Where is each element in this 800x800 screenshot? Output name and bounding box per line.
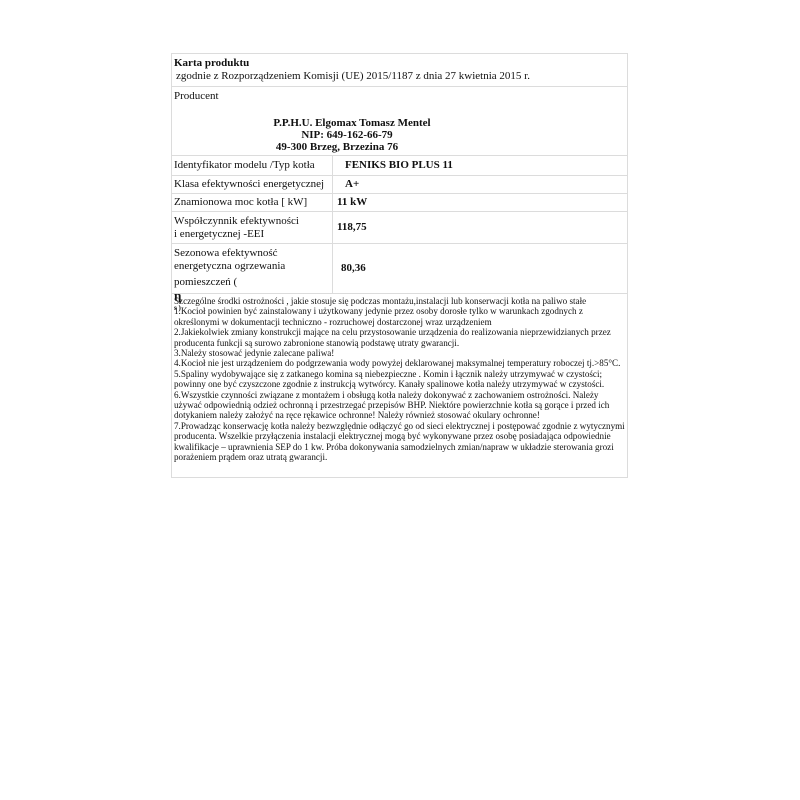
spec-row-eei: Współczynnik efektywności i energetyczne… bbox=[172, 212, 627, 244]
producer-section: Producent P.P.H.U. Elgomax Tomasz Mentel… bbox=[172, 87, 627, 156]
spec-row-seasonal-efficiency: Sezonowa efektywność energetyczna ogrzew… bbox=[172, 244, 627, 294]
product-card: Karta produktu zgodnie z Rozporządzeniem… bbox=[171, 53, 628, 478]
spec-label: Identyfikator modelu /Typ kotła bbox=[172, 156, 333, 175]
spec-value-model: FENIKS BIO PLUS 11 bbox=[333, 156, 627, 175]
spec-label-line: Współczynnik efektywności bbox=[174, 215, 299, 228]
spec-label-line: i energetycznej -EEI bbox=[174, 228, 299, 241]
safety-note-item: 3.Należy stosować jedynie zalecane paliw… bbox=[174, 348, 625, 358]
spec-label-line: energetyczna ogrzewania bbox=[174, 260, 285, 273]
card-subtitle: zgodnie z Rozporządzeniem Komisji (UE) 2… bbox=[174, 70, 625, 83]
producer-address: 49-300 Brzeg, Brzezina 76 bbox=[172, 141, 472, 153]
spec-label-text: pomieszczeń ( bbox=[174, 276, 285, 289]
card-title: Karta produktu bbox=[174, 57, 625, 70]
spec-row-rated-power: Znamionowa moc kotła [ kW] 11 kW bbox=[172, 194, 627, 212]
spec-value-seasonal-efficiency: 80,36 bbox=[333, 244, 627, 293]
spec-label: Sezonowa efektywność energetyczna ogrzew… bbox=[172, 244, 333, 293]
safety-note-item: 2.Jakiekolwiek zmiany konstrukcji mające… bbox=[174, 327, 625, 348]
spec-label: Znamionowa moc kotła [ kW] bbox=[172, 194, 333, 211]
spec-value-rated-power: 11 kW bbox=[333, 194, 627, 211]
safety-note-item: 6.Wszystkie czynności związane z montaże… bbox=[174, 390, 625, 421]
spec-value-eei: 118,75 bbox=[333, 212, 627, 243]
safety-note-item: 5.Spaliny wydobywające się z zatkanego k… bbox=[174, 369, 625, 390]
spec-label: Klasa efektywności energetycznej bbox=[172, 176, 333, 193]
spec-label-line: Sezonowa efektywność bbox=[174, 247, 285, 260]
producer-name: P.P.H.U. Elgomax Tomasz Mentel bbox=[172, 117, 472, 129]
safety-note-item: 1.Kocioł powinien być zainstalowany i uż… bbox=[174, 306, 625, 327]
safety-notes: Szczególne środki ostrożności , jakie st… bbox=[172, 294, 627, 477]
spec-value-efficiency-class: A+ bbox=[333, 176, 627, 193]
product-card-header: Karta produktu zgodnie z Rozporządzeniem… bbox=[172, 54, 627, 87]
safety-notes-intro: Szczególne środki ostrożności , jakie st… bbox=[174, 296, 625, 306]
producer-info: P.P.H.U. Elgomax Tomasz Mentel NIP: 649-… bbox=[172, 117, 472, 153]
spec-row-efficiency-class: Klasa efektywności energetycznej A+ bbox=[172, 176, 627, 194]
safety-note-item: 4.Kocioł nie jest urządzeniem do podgrze… bbox=[174, 358, 625, 368]
producer-nip: NIP: 649-162-66-79 bbox=[172, 129, 472, 141]
producer-label: Producent bbox=[174, 90, 219, 102]
spec-label: Współczynnik efektywności i energetyczne… bbox=[172, 212, 333, 243]
spec-row-model: Identyfikator modelu /Typ kotła FENIKS B… bbox=[172, 156, 627, 176]
safety-note-item: 7.Prowadząc konserwację kotła należy bez… bbox=[174, 421, 625, 463]
